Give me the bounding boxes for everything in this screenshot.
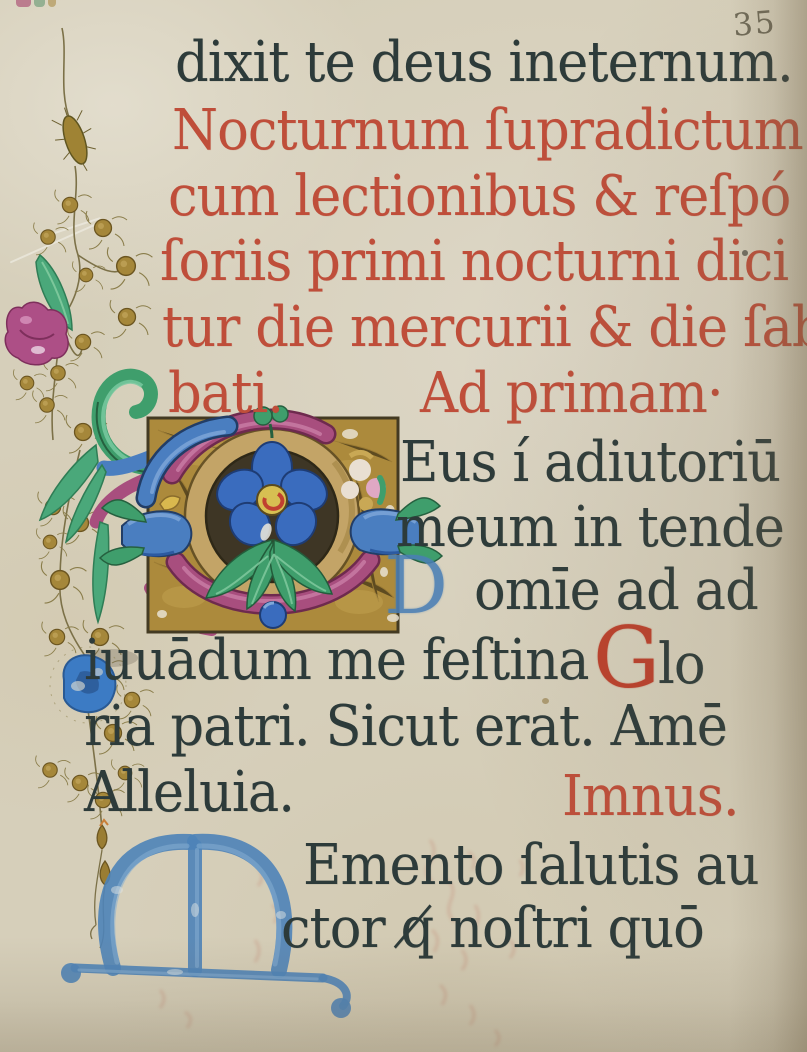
rubric-line: tur die mercurii & die ſab xyxy=(162,295,807,360)
text-line-black: ctor q̸ noſtri quō xyxy=(281,896,704,961)
text-line-black: lo xyxy=(658,632,705,697)
text-line-black: iuuādum me feſtina xyxy=(84,628,589,693)
pink-flower xyxy=(5,302,68,365)
rubric-line: bati. xyxy=(168,361,283,426)
lombard-initial-g: G xyxy=(593,616,660,700)
rubric-line: cum lectionibus & reſpó xyxy=(168,164,790,229)
text-line-black: dixit te deus ineternum. xyxy=(175,30,793,95)
rubric-line: ſoriis primi nocturni dici xyxy=(160,229,788,294)
text-line-black: omīe ad ad xyxy=(474,558,758,623)
border-fringe xyxy=(34,0,45,7)
text-line-black: Alleluia. xyxy=(84,760,294,825)
text-line-black: Emento ſalutis au xyxy=(303,833,759,898)
rubric-line: Ad primam· xyxy=(420,361,723,426)
text-line-black: Eus í adiutoriū xyxy=(400,430,780,495)
illuminated-initial-d xyxy=(144,412,402,638)
text-line-black: meum in tende xyxy=(396,495,784,560)
manuscript-page: 35 dixit te deus ineternum. Nocturnum ſu… xyxy=(0,0,807,1052)
text-line-black: ria patri. Sicut erat. Amē xyxy=(84,694,727,759)
border-fringe xyxy=(16,0,31,7)
rubric-line: Nocturnum ſupradictum xyxy=(172,98,803,163)
rubric-line: Imnus. xyxy=(562,764,739,829)
